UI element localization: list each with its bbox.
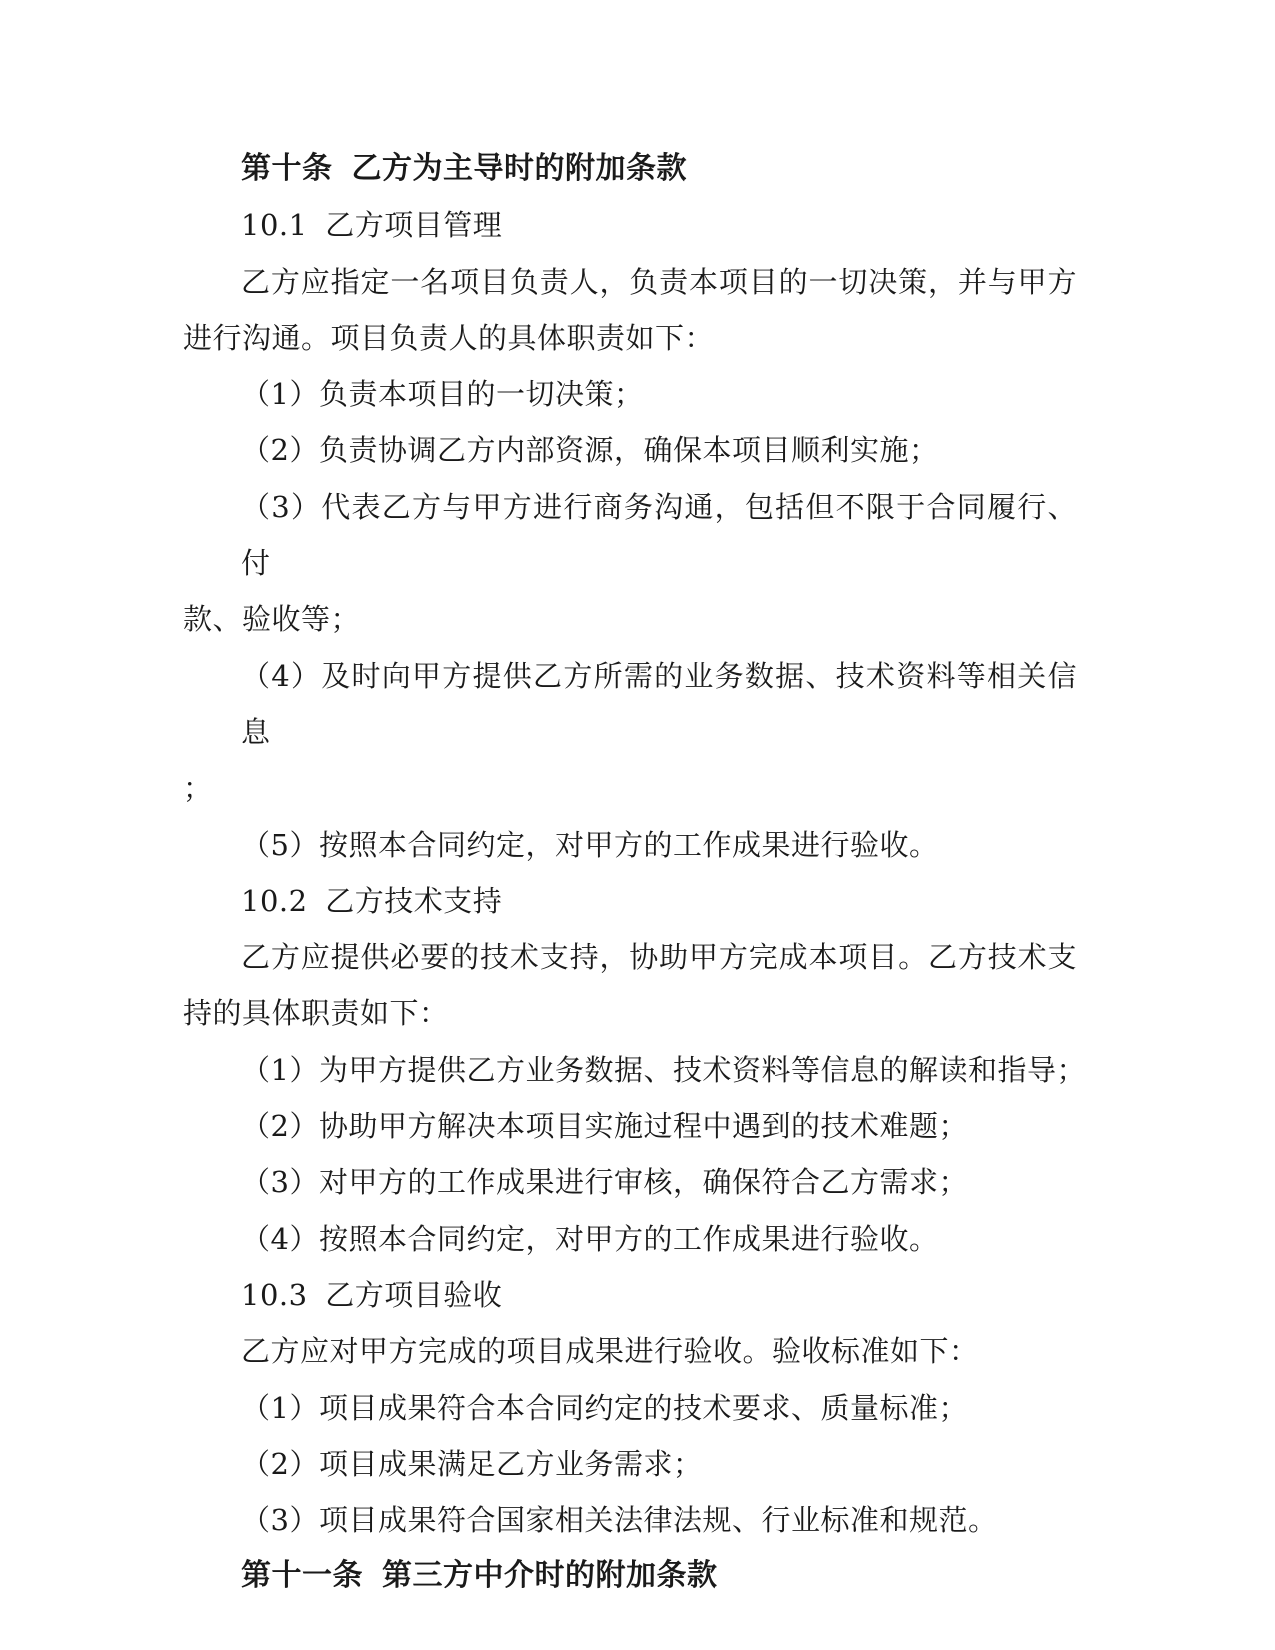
- document-line: （4）按照本合同约定，对甲方的工作成果进行验收。: [183, 1211, 1077, 1267]
- section-heading: 第十一条 第三方中介时的附加条款: [183, 1548, 1077, 1604]
- document-line: （2）负责协调乙方内部资源，确保本项目顺利实施；: [183, 422, 1077, 478]
- document-line: （1）项目成果符合本合同约定的技术要求、质量标准；: [183, 1380, 1077, 1436]
- document-line: 乙方应对甲方完成的项目成果进行验收。验收标准如下：: [183, 1323, 1077, 1379]
- document-line: （3）代表乙方与甲方进行商务沟通，包括但不限于合同履行、付: [183, 479, 1077, 592]
- document-line: 10.1 乙方项目管理: [183, 197, 1077, 253]
- document-line: （4）及时向甲方提供乙方所需的业务数据、技术资料等相关信息: [183, 648, 1077, 761]
- document-content: 第十条 乙方为主导时的附加条款10.1 乙方项目管理乙方应指定一名项目负责人，负…: [183, 141, 1077, 1605]
- section-heading: 第十条 乙方为主导时的附加条款: [183, 141, 1077, 197]
- document-line: 10.3 乙方项目验收: [183, 1267, 1077, 1323]
- document-line: （1）负责本项目的一切决策；: [183, 366, 1077, 422]
- document-line: （1）为甲方提供乙方业务数据、技术资料等信息的解读和指导；: [183, 1042, 1077, 1098]
- document-line: 10.2 乙方技术支持: [183, 873, 1077, 929]
- document-line: （5）按照本合同约定，对甲方的工作成果进行验收。: [183, 817, 1077, 873]
- document-line: （3）项目成果符合国家相关法律法规、行业标准和规范。: [183, 1492, 1077, 1548]
- document-line: （2）协助甲方解决本项目实施过程中遇到的技术难题；: [183, 1098, 1077, 1154]
- document-line: 款、验收等；: [183, 591, 1077, 647]
- document-line: 乙方应提供必要的技术支持，协助甲方完成本项目。乙方技术支: [183, 929, 1077, 985]
- document-line: 进行沟通。项目负责人的具体职责如下：: [183, 310, 1077, 366]
- document-line: 持的具体职责如下：: [183, 985, 1077, 1041]
- document-line: （2）项目成果满足乙方业务需求；: [183, 1436, 1077, 1492]
- document-line: 乙方应指定一名项目负责人，负责本项目的一切决策，并与甲方: [183, 254, 1077, 310]
- contract-document-page: 第十条 乙方为主导时的附加条款10.1 乙方项目管理乙方应指定一名项目负责人，负…: [0, 0, 1275, 1650]
- document-line: ；: [183, 760, 1077, 816]
- document-line: （3）对甲方的工作成果进行审核，确保符合乙方需求；: [183, 1154, 1077, 1210]
